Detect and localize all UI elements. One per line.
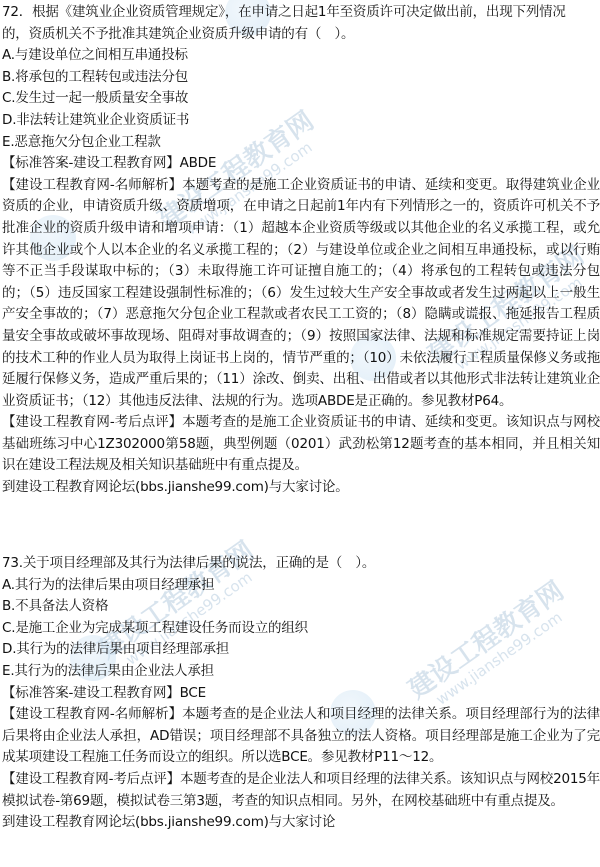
question-stem: 的，资质机关不予批准其建筑企业资质升级申请的有（ ）。 — [2, 24, 600, 46]
teacher-analysis: 【建设工程教育网-名师解析】本题考查的是施工企业资质证书的申请、延续和变更。取得… — [2, 175, 600, 413]
option-c: C.是施工企业为完成某项工程建设任务而设立的组织 — [2, 618, 600, 640]
answer-label: 【标准答案-建设工程教育网】 — [2, 155, 180, 171]
option-a: A.其行为的法律后果由项目经理承担 — [2, 575, 600, 597]
standard-answer: 【标准答案-建设工程教育网】BCE — [2, 683, 600, 705]
post-exam-comment: 【建设工程教育网-考后点评】本题考查的是企业法人和项目经理的法律关系。该知识点与… — [2, 769, 600, 812]
analysis-label: 【建设工程教育网-名师解析】 — [2, 706, 182, 722]
analysis-text: 本题考查的是施工企业资质证书的申请、延续和变更。取得建筑业企业资质的企业，申请资… — [2, 177, 600, 409]
option-c: C.发生过一起一般质量安全事故 — [2, 88, 600, 110]
answer-value: BCE — [180, 685, 206, 701]
analysis-label: 【建设工程教育网-名师解析】 — [2, 177, 182, 193]
teacher-analysis: 【建设工程教育网-名师解析】本题考查的是企业法人和项目经理的法律关系。项目经理部… — [2, 704, 600, 769]
question-stem: 72．根据《建筑业企业资质管理规定》，在申请之日起1年至资质许可决定做出前，出现… — [2, 2, 600, 24]
option-b: B.将承包的工程转包或违法分包 — [2, 67, 600, 89]
question-stem: 73.关于项目经理部及其行为法律后果的说法，正确的是（ ）。 — [2, 553, 600, 575]
exam-document: 建设工程教育网 www.jianshe99.com 建设工程教育网 www.ji… — [0, 0, 600, 867]
option-e: E.其行为的法律后果由企业法人承担 — [2, 661, 600, 683]
comment-label: 【建设工程教育网-考后点评】 — [2, 771, 180, 787]
question-73: 73.关于项目经理部及其行为法律后果的说法，正确的是（ ）。 A.其行为的法律后… — [2, 553, 600, 834]
standard-answer: 【标准答案-建设工程教育网】ABDE — [2, 153, 600, 175]
answer-value: ABDE — [180, 155, 217, 171]
answer-label: 【标准答案-建设工程教育网】 — [2, 685, 180, 701]
forum-link[interactable]: 到建设工程教育网论坛(bbs.jianshe99.com)与大家讨论。 — [2, 477, 600, 499]
forum-link[interactable]: 到建设工程教育网论坛(bbs.jianshe99.com)与大家讨论 — [2, 812, 600, 834]
post-exam-comment: 【建设工程教育网-考后点评】本题考查的是施工企业资质证书的申请、延续和变更。该知… — [2, 412, 600, 477]
option-e: E.恶意拖欠分包企业工程款 — [2, 132, 600, 154]
option-b: B.不具备法人资格 — [2, 596, 600, 618]
option-d: D.其行为的法律后果由项目经理部承担 — [2, 639, 600, 661]
option-a: A.与建设单位之间相互串通投标 — [2, 45, 600, 67]
option-d: D.非法转让建筑业企业资质证书 — [2, 110, 600, 132]
comment-label: 【建设工程教育网-考后点评】 — [2, 414, 182, 430]
question-72: 72．根据《建筑业企业资质管理规定》，在申请之日起1年至资质许可决定做出前，出现… — [2, 2, 600, 499]
